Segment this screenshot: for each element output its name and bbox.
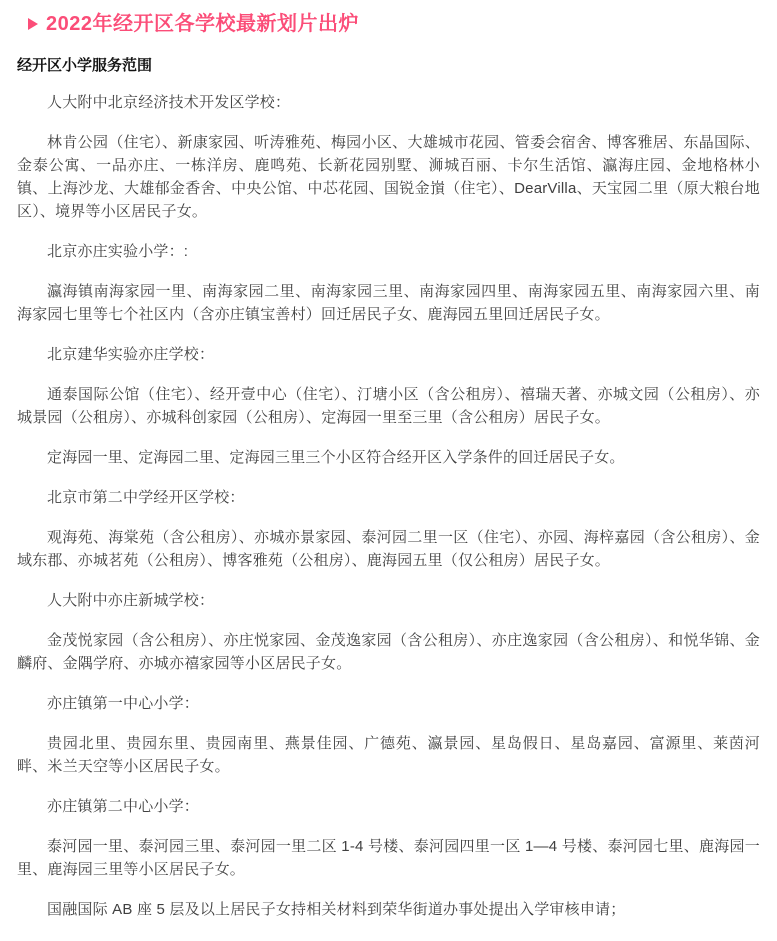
community-list-paragraph: 瀛海镇南海家园一里、南海家园二里、南海家园三里、南海家园四里、南海家园五里、南海… (17, 280, 760, 326)
notice-paragraph: 国融国际 AB 座 5 层及以上居民子女持相关材料到荣华街道办事处提出入学审核申… (17, 898, 760, 921)
school-name-paragraph: 亦庄镇第二中心小学： (17, 795, 760, 818)
community-list-paragraph: 金茂悦家园（含公租房）、亦庄悦家园、金茂逸家园（含公租房）、亦庄逸家园（含公租房… (17, 629, 760, 675)
school-name-paragraph: 人大附中亦庄新城学校： (17, 589, 760, 612)
school-name-paragraph: 北京建华实验亦庄学校： (17, 343, 760, 366)
school-name-paragraph: 北京亦庄实验小学：: (17, 240, 760, 263)
community-list-paragraph: 定海园一里、定海园二里、定海园三里三个小区符合经开区入学条件的回迁居民子女。 (17, 446, 760, 469)
section-heading: 经开区小学服务范围 (17, 57, 760, 74)
article-body: 2022年经开区各学校最新划片出炉 经开区小学服务范围 人大附中北京经济技术开发… (0, 0, 777, 941)
school-name-paragraph: 北京市第二中学经开区学校： (17, 486, 760, 509)
school-name-paragraph: 人大附中北京经济技术开发区学校： (17, 91, 760, 114)
article-title-row: 2022年经开区各学校最新划片出炉 (17, 12, 760, 36)
community-list-paragraph: 林肯公园（住宅）、新康家园、听涛雅苑、梅园小区、大雄城市花园、管委会宿舍、博客雅… (17, 131, 760, 223)
community-list-paragraph: 通泰国际公馆（住宅）、经开壹中心（住宅）、汀塘小区（含公租房）、禧瑞天著、亦城文… (17, 383, 760, 429)
community-list-paragraph: 观海苑、海棠苑（含公租房）、亦城亦景家园、泰河园二里一区（住宅）、亦园、海梓嘉园… (17, 526, 760, 572)
right-triangle-icon (28, 18, 38, 30)
community-list-paragraph: 泰河园一里、泰河园三里、泰河园一里二区 1-4 号楼、泰河园四里一区 1—4 号… (17, 835, 760, 881)
school-name-paragraph: 亦庄镇第一中心小学： (17, 692, 760, 715)
article-title: 2022年经开区各学校最新划片出炉 (46, 12, 359, 36)
community-list-paragraph: 贵园北里、贵园东里、贵园南里、燕景佳园、广德苑、瀛景园、星岛假日、星岛嘉园、富源… (17, 732, 760, 778)
